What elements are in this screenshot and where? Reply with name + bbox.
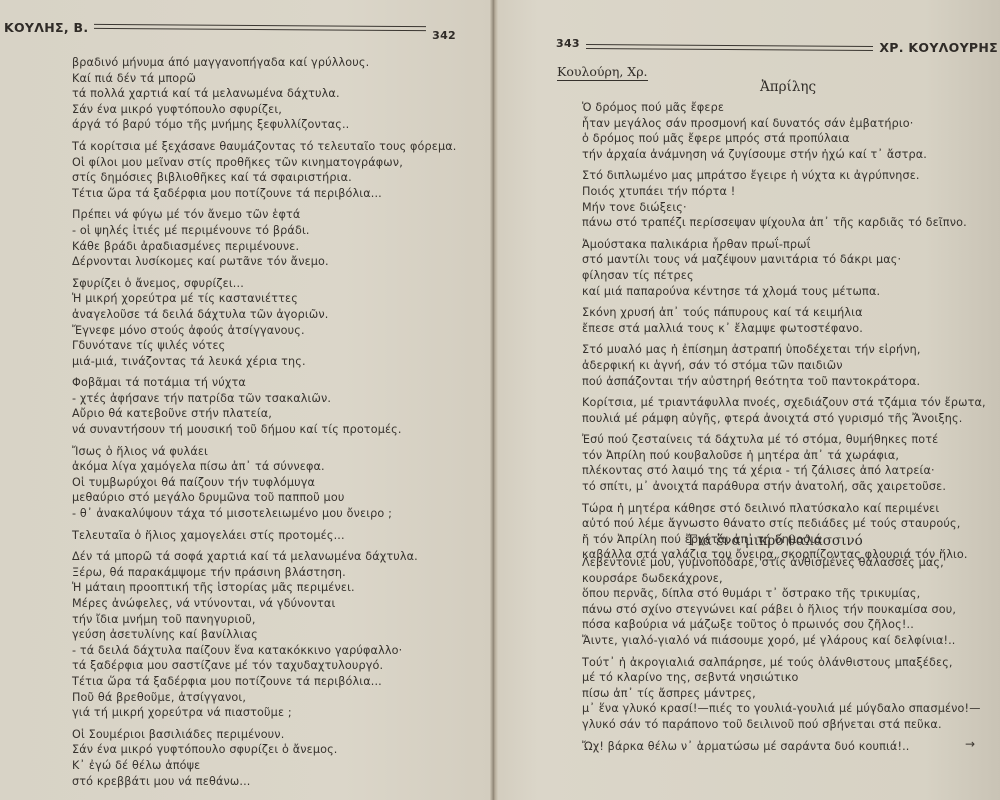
- header-rule: [94, 24, 426, 31]
- poem-line: γλυκό σάν τό παράπονο τοῦ δειλινοῦ πού σ…: [582, 717, 981, 733]
- poem-line: στό κρεββάτι μου νά πεθάνω...: [72, 774, 457, 790]
- poem-line: Ὤχ! βάρκα θέλω ν᾿ ἁρματώσω μέ σαράντα δυ…: [582, 739, 981, 755]
- poem-line: Κ᾿ ἐγώ δέ θέλω ἀπόψε: [72, 758, 457, 774]
- poem-line: κουρσάρε δωδεκάχρονε,: [582, 571, 981, 587]
- poem-line: Σκόνη χρυσή ἀπ᾿ τούς πάπυρους καί τά κει…: [582, 305, 986, 321]
- poem-line: Πρέπει νά φύγω μέ τόν ἄνεμο τῶν ἑφτά: [72, 207, 457, 223]
- poem-line: τόν Ἀπρίλη πού κουβαλοῦσε ἡ μητέρα ἀπ᾿ τ…: [582, 448, 986, 464]
- poem-line: - τά δειλά δάχτυλα παίζουν ἕνα κατακόκκι…: [72, 643, 457, 659]
- poem-line: ὅπου περνᾶς, δίπλα στό θυμάρι τ᾿ ὄστρακο…: [582, 586, 981, 602]
- right-page-number: 343: [556, 37, 580, 50]
- right-header-author: ΧΡ. ΚΟΥΛΟΥΡΗΣ: [879, 40, 998, 55]
- poem-line: μιά-μιά, τινάζοντας τά λευκά χέρια της.: [72, 354, 457, 370]
- poem-line: Ἀμούστακα παλικάρια ἦρθαν πρωΐ-πρωΐ: [582, 237, 986, 253]
- poem-body-aprilis: Ὁ δρόμος πού μᾶς ἔφερεἦταν μεγάλος σάν π…: [582, 100, 986, 563]
- left-page-header: ΚΟΥΛΗΣ, Β. 342: [4, 20, 456, 35]
- poem-line: Στό μυαλό μας ἡ ἐπίσημη ἀστραπή ὑποδέχετ…: [582, 342, 986, 358]
- poem-line: ἀδερφική κι ἁγνή, σάν τό στόμα τῶν παιδι…: [582, 358, 986, 374]
- poem-line: Καί πιά δέν τά μπορῶ: [72, 71, 457, 87]
- poem-line: τό σπίτι, μ᾿ ἀνοιχτά παράθυρα στήν ἀνατο…: [582, 479, 986, 495]
- poem-line: Ξέρω, θά παρακάμψομε τήν πράσινη βλάστησ…: [72, 565, 457, 581]
- left-poem-body: βραδινό μήνυμα άπό μαγγανοπήγαδα καί γρύ…: [72, 55, 457, 789]
- poem-line: Κορίτσια, μέ τριαντάφυλλα πνοές, σχεδιάζ…: [582, 395, 986, 411]
- poem-line: Ἔγνεφε μόνο στούς ἀφούς ἀτσίγγανους.: [72, 323, 457, 339]
- poem-line: πουλιά μέ ράμφη αὐγῆς, φτερά ἀνοιχτά στό…: [582, 411, 986, 427]
- poem-line: πάνω στό σχίνο στεγνώνει καί ράβει ὁ ἥλι…: [582, 602, 981, 618]
- author-label: Κουλούρη, Χρ.: [557, 64, 648, 81]
- poem-line: ἦταν μεγάλος σάν προσμονή καί δυνατός σά…: [582, 116, 986, 132]
- poem-line: γιά τή μικρή χορεύτρα νά πιαστοῦμε ;: [72, 705, 457, 721]
- poem-line: βραδινό μήνυμα άπό μαγγανοπήγαδα καί γρύ…: [72, 55, 457, 71]
- poem-line: τήν ἀρχαία ἀνάμνηση νά ζυγίσουμε στήν ἠχ…: [582, 147, 986, 163]
- poem-line: πόσα καβούρια νά μάζωξε τοῦτος ὁ πρωινός…: [582, 617, 981, 633]
- poem-line: μέ τό κλαρίνο της, σεβντά νησιώτικο: [582, 670, 981, 686]
- poem-line: Μέρες ἀνώφελες, νά ντύνονται, νά γδύνοντ…: [72, 596, 457, 612]
- poem-line: τά πολλά χαρτιά καί τά μελανωμένα δάχτυλ…: [72, 86, 457, 102]
- poem-line: Οἱ τυμβωρύχοι θά παίζουν τήν τυφλόμυγα: [72, 475, 457, 491]
- poem-line: τά ξαδέρφια μου σαστίζανε μέ τόν ταχυδαχ…: [72, 658, 457, 674]
- right-page-header: 343 ΧΡ. ΚΟΥΛΟΥΡΗΣ: [556, 40, 998, 55]
- poem-line: πλέκοντας στό λαιμό της τά χέρια - τή ζά…: [582, 463, 986, 479]
- poem-line: αὐτό πού λέμε ἄγνωστο θάνατο στίς πεδιάδ…: [582, 516, 986, 532]
- poem-body-thalassino: Λεβεντονιέ μου, γυμνοπόδαρε, στίς ἀνθισμ…: [582, 555, 981, 754]
- poem-line: Ἄιντε, γιαλό-γιαλό νά πιάσουμε χορό, μέ …: [582, 633, 981, 649]
- poem-line: - θ᾿ ἀνακαλύψουν τάχα τό μισοτελειωμένο …: [72, 506, 457, 522]
- poem-line: Ἐσύ πού ζεσταίνεις τά δάχτυλα μέ τό στόμ…: [582, 432, 986, 448]
- poem-line: Δέρνονται λυσίκομες καί ρωτᾶνε τόν ἄνεμο…: [72, 254, 457, 270]
- left-header-author: ΚΟΥΛΗΣ, Β.: [4, 20, 88, 35]
- poem-line: νά συναντήσουν τή μουσική τοῦ δήμου καί …: [72, 422, 457, 438]
- poem-line: πού ἀσπάζονται τήν αὐστηρή θεότητα τοῦ π…: [582, 374, 986, 390]
- poem-line: Τά κορίτσια μέ ξεχάσανε θαυμάζοντας τό τ…: [72, 139, 457, 155]
- poem-line: Τέτια ὥρα τά ξαδέρφια μου ποτίζουνε τά π…: [72, 186, 457, 202]
- poem-line: Αὔριο θά κατεβοῦνε στήν πλατεία,: [72, 406, 457, 422]
- poem-line: ἀκόμα λίγα χαμόγελα πίσω ἀπ᾿ τά σύννεφα.: [72, 459, 457, 475]
- poem-line: Ἡ μικρή χορεύτρα μέ τίς καστανιέττες: [72, 291, 457, 307]
- poem-line: πίσω ἀπ᾿ τίς ἄσπρες μάντρες,: [582, 686, 981, 702]
- poem-line: Σάν ένα μικρό γυφτόπουλο σφυρίζει ὁ ἄνεμ…: [72, 742, 457, 758]
- poem-line: Ἴσως ὁ ἥλιος νά φυλάει: [72, 444, 457, 460]
- poem-line: φίλησαν τίς πέτρες: [582, 268, 986, 284]
- poem-line: άργά τό βαρύ τόμο τῆς μνήμης ξεφυλλίζοντ…: [72, 117, 457, 133]
- poem-line: ὁ δρόμος πού μᾶς ἔφερε μπρός στά προπύλα…: [582, 131, 986, 147]
- poem-line: Σάν ένα μικρό γυφτόπουλο σφυρίζει,: [72, 102, 457, 118]
- poem-line: Στό διπλωμένο μας μπράτσο ἔγειρε ἡ νύχτα…: [582, 168, 986, 184]
- poem-line: καί μιά παπαρούνα κέντησε τά χλομά τους …: [582, 284, 986, 300]
- poem-line: στό μαντίλι τους νά μαζέψουν μανιτάρια τ…: [582, 252, 986, 268]
- poem-line: Σφυρίζει ὁ ἄνεμος, σφυρίζει...: [72, 276, 457, 292]
- poem-line: τήν ἴδια μνήμη τοῦ πανηγυριοῦ,: [72, 612, 457, 628]
- poem-line: ἀναγελοῦσε τά δειλά δάχτυλα τῶν ἀγοριῶν.: [72, 307, 457, 323]
- poem-line: Τώρα ἡ μητέρα κάθησε στό δειλινό πλατύσκ…: [582, 501, 986, 517]
- poem-line: Ποῦ θά βρεθοῦμε, ἀτσίγγανοι,: [72, 690, 457, 706]
- poem-line: - οἱ ψηλές ἰτιές μέ περιμένουνε τό βράδι…: [72, 223, 457, 239]
- poem-line: Τούτ᾿ ἡ ἀκρογιαλιά σαλπάρησε, μέ τούς ὁλ…: [582, 655, 981, 671]
- poem-line: γεύση ἀσετυλίνης καί βανίλλιας: [72, 627, 457, 643]
- poem-line: Ἡ μάταιη προοπτική τῆς ἱστορίας μᾶς περι…: [72, 580, 457, 596]
- poem-line: Γδυνότανε τίς ψιλές νότες: [72, 338, 457, 354]
- poem-line: Τελευταῖα ὁ ἥλιος χαμογελάει στίς προτομ…: [72, 528, 457, 544]
- poem-line: - χτές ἀφήσανε τήν πατρίδα τῶν τσακαλιῶν…: [72, 391, 457, 407]
- poem-title-thalassino: Γιά ἕνα μικρό θαλασσινό: [688, 533, 863, 549]
- poem-line: Οἱ φίλοι μου μεῖναν στίς προθῆκες τῶν κι…: [72, 155, 457, 171]
- poem-line: Φοβᾶμαι τά ποτάμια τή νύχτα: [72, 375, 457, 391]
- poem-line: μ᾿ ἕνα γλυκό κρασί!—πιές το γουλιά-γουλι…: [582, 701, 981, 717]
- poem-line: μεθαύριο στό μεγάλο δρυμῶνα τοῦ παπποῦ μ…: [72, 490, 457, 506]
- poem-line: Δέν τά μπορῶ τά σοφά χαρτιά καί τά μελαν…: [72, 549, 457, 565]
- poem-line: Μήν τονε διώξεις·: [582, 200, 986, 216]
- poem-line: Ὁ δρόμος πού μᾶς ἔφερε: [582, 100, 986, 116]
- poem-line: πάνω στό τραπέζι περίσσεψαν ψίχουλα ἀπ᾿ …: [582, 215, 986, 231]
- poem-line: Ποιός χτυπάει τήν πόρτα !: [582, 184, 986, 200]
- poem-line: στίς δημόσιες βιβλιοθῆκες καί τά σφαιρισ…: [72, 170, 457, 186]
- continuation-arrow-icon: →: [965, 737, 975, 751]
- poem-line: Οἱ Σουμέριοι βασιλιάδες περιμένουν.: [72, 727, 457, 743]
- poem-line: Κάθε βράδι ἀραδιασμένες περιμένουνε.: [72, 239, 457, 255]
- poem-line: Λεβεντονιέ μου, γυμνοπόδαρε, στίς ἀνθισμ…: [582, 555, 981, 571]
- book-gutter: [490, 0, 498, 800]
- left-page-number: 342: [432, 29, 456, 42]
- poem-line: Τέτια ὥρα τά ξαδέρφια μου ποτίζουνε τά π…: [72, 674, 457, 690]
- header-rule: [586, 44, 873, 51]
- poem-title-aprilis: Ἀπρίλης: [760, 79, 816, 95]
- poem-line: ἔπεσε στά μαλλιά τους κ᾿ ἔλαμψε φωτοστέφ…: [582, 321, 986, 337]
